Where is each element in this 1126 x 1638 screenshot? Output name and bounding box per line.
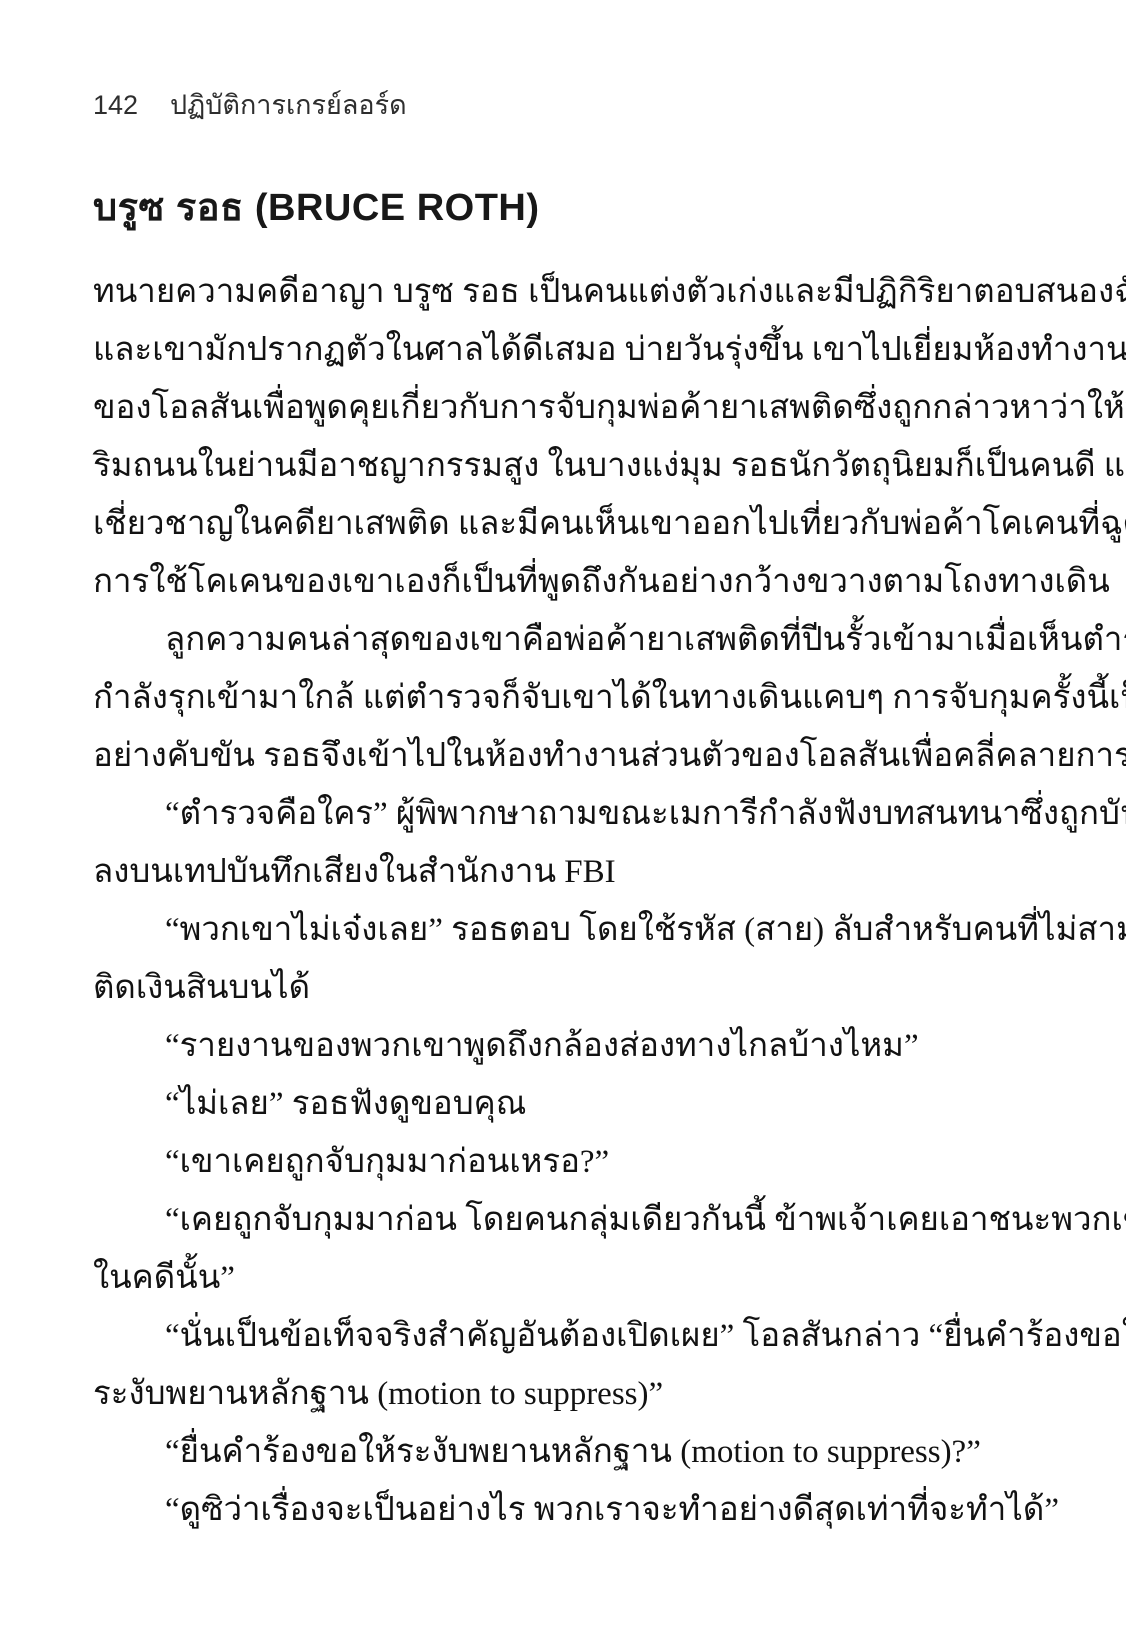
text-line: “ตำรวจคือใคร” ผู้พิพากษาถามขณะเมการีกำลั… — [93, 785, 1041, 843]
text-line: กำลังรุกเข้ามาใกล้ แต่ตำรวจก็จับเขาได้ใน… — [93, 669, 1041, 727]
text-line: “ยื่นคำร้องขอให้ระงับพยานหลักฐาน (motion… — [93, 1423, 1041, 1481]
section-heading: บรูซ รอธ (BRUCE ROTH) — [93, 176, 1068, 237]
body-text: ทนายความคดีอาญา บรูซ รอธ เป็นคนแต่งตัวเก… — [93, 263, 1041, 1539]
text-line: ลูกความคนล่าสุดของเขาคือพ่อค้ายาเสพติดที… — [93, 611, 1041, 669]
page-number: 142 — [93, 90, 170, 121]
text-line: ระงับพยานหลักฐาน (motion to suppress)” — [93, 1365, 1041, 1423]
running-title: ปฏิบัติการเกรย์ลอร์ด — [170, 83, 407, 126]
text-line: ของโอลสันเพื่อพูดคุยเกี่ยวกับการจับกุมพ่… — [93, 379, 1041, 437]
text-line: “เขาเคยถูกจับกุมมาก่อนเหรอ?” — [93, 1133, 1041, 1191]
text-line: ลงบนเทปบันทึกเสียงในสำนักงาน FBI — [93, 843, 1041, 901]
text-line: ริมถนนในย่านมีอาชญากรรมสูง ในบางแง่มุม ร… — [93, 437, 1041, 495]
text-line: เชี่ยวชาญในคดียาเสพติด และมีคนเห็นเขาออก… — [93, 495, 1041, 553]
page-header: 142 ปฏิบัติการเกรย์ลอร์ด — [93, 83, 1068, 126]
text-line: “เคยถูกจับกุมมาก่อน โดยคนกลุ่มเดียวกันนี… — [93, 1191, 1041, 1249]
text-line: อย่างคับขัน รอธจึงเข้าไปในห้องทำงานส่วนต… — [93, 727, 1041, 785]
text-line: ทนายความคดีอาญา บรูซ รอธ เป็นคนแต่งตัวเก… — [93, 263, 1041, 321]
text-line: ในคดีนั้น” — [93, 1249, 1041, 1307]
text-line: “พวกเขาไม่เจ๋งเลย” รอธตอบ โดยใช้รหัส (สา… — [93, 901, 1041, 959]
text-line: “นั่นเป็นข้อเท็จจริงสำคัญอันต้องเปิดเผย”… — [93, 1307, 1041, 1365]
text-line: และเขามักปรากฏตัวในศาลได้ดีเสมอ บ่ายวันร… — [93, 321, 1041, 379]
text-line: “ดูซิว่าเรื่องจะเป็นอย่างไร พวกเราจะทำอย… — [93, 1481, 1041, 1539]
text-line: “ไม่เลย” รอธฟังดูขอบคุณ — [93, 1075, 1041, 1133]
text-line: “รายงานของพวกเขาพูดถึงกล้องส่องทางไกลบ้า… — [93, 1017, 1041, 1075]
text-line: ติดเงินสินบนได้ — [93, 959, 1041, 1017]
book-page: 142 ปฏิบัติการเกรย์ลอร์ด บรูซ รอธ (BRUCE… — [0, 0, 1126, 1638]
text-line: การใช้โคเคนของเขาเองก็เป็นที่พูดถึงกันอย… — [93, 553, 1041, 611]
